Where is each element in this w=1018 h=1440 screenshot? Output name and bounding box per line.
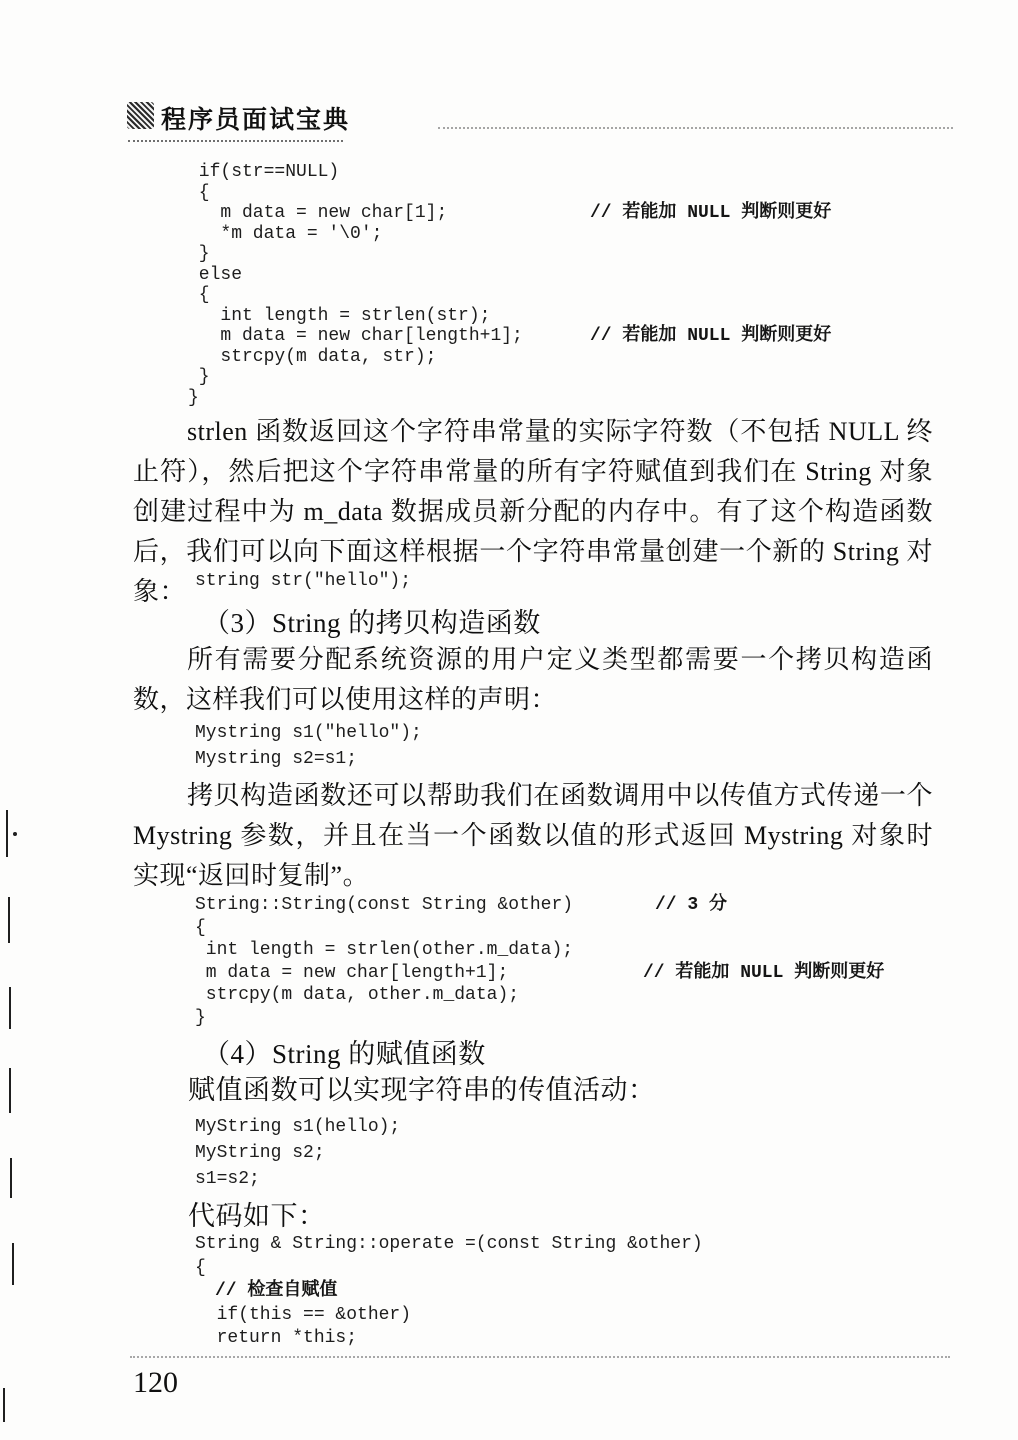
scanned-book-page: 程序员面试宝典 if(str==NULL) { m data = new cha…: [0, 0, 1018, 1440]
code-line: // 检查自赋值: [195, 1280, 703, 1304]
code-line: Mystring s1("hello");: [195, 720, 422, 746]
code-line: }: [188, 388, 523, 409]
code-text: }: [188, 388, 199, 408]
code-text: return *this;: [195, 1328, 357, 1348]
scan-artifact-line: [12, 1243, 14, 1285]
code-text: int length = strlen(str);: [188, 306, 490, 326]
code-line: strcpy(m data, other.m_data);: [195, 984, 573, 1007]
code-comment: // 若能加 NULL 判断则更好: [643, 962, 884, 985]
code-comment: // 检查自赋值: [215, 1280, 337, 1304]
code-text: }: [195, 1008, 206, 1028]
code-text: String & String::operate =(const String …: [195, 1234, 703, 1254]
paragraph-copy-usage: 拷贝构造函数还可以帮助我们在函数调用中以传值方式传递一个 Mystring 参数…: [133, 776, 933, 896]
code-string-declaration: string str("hello");: [195, 568, 411, 594]
code-text: String::String(const String &other): [195, 895, 573, 915]
paragraph-assign-intro: 赋值函数可以实现字符串的传值活动：: [188, 1068, 656, 1107]
header-dotted-rule-long: [438, 127, 953, 129]
code-text: {: [195, 918, 206, 938]
code-text: m data = new char[length+1];: [188, 326, 523, 346]
code-mystring-declarations: Mystring s1("hello"); Mystring s2=s1;: [195, 720, 422, 772]
code-text: m data = new char[1];: [188, 203, 447, 223]
scan-artifact-line: [8, 897, 10, 943]
code-block-assignment-operator: String & String::operate =(const String …: [195, 1233, 703, 1351]
code-line: m data = new char[length+1];// 若能加 NULL …: [188, 326, 523, 347]
code-comment: // 若能加 NULL 判断则更好: [590, 203, 831, 224]
heading-copy-constructor: （3）String 的拷贝构造函数: [203, 601, 541, 640]
code-text: {: [188, 285, 210, 305]
paragraph-code-follows: 代码如下：: [188, 1194, 326, 1233]
scan-artifact-dot: [13, 832, 17, 836]
code-block-constructor: if(str==NULL) { m data = new char[1];// …: [188, 162, 523, 408]
code-line: if(this == &other): [195, 1304, 703, 1328]
code-text: MyString s2;: [195, 1143, 325, 1163]
code-line: MyString s1(hello);: [195, 1114, 400, 1140]
code-line: m data = new char[length+1];// 若能加 NULL …: [195, 962, 573, 985]
book-logo-icon: [127, 102, 154, 129]
code-text: strcpy(m data, other.m_data);: [195, 985, 519, 1005]
scan-artifact-line: [9, 987, 11, 1029]
code-line: else: [188, 265, 523, 286]
code-line: m data = new char[1];// 若能加 NULL 判断则更好: [188, 203, 523, 224]
book-title: 程序员面试宝典: [161, 100, 461, 136]
code-text: string str("hello");: [195, 571, 411, 591]
code-text: Mystring s2=s1;: [195, 749, 357, 769]
code-line: {: [188, 285, 523, 306]
code-comment: // 3 分: [655, 894, 727, 917]
code-text: int length = strlen(other.m_data);: [195, 940, 573, 960]
code-line: {: [195, 917, 573, 940]
code-text: if(str==NULL): [188, 162, 339, 182]
code-line: }: [188, 367, 523, 388]
code-block-copy-constructor: String::String(const String &other)// 3 …: [195, 894, 573, 1029]
code-text: *m data = '\0';: [188, 224, 382, 244]
scan-artifact-line: [3, 1388, 5, 1422]
footer-dotted-rule: [130, 1356, 950, 1358]
code-text: Mystring s1("hello");: [195, 723, 422, 743]
code-text: else: [188, 265, 242, 285]
scan-artifact-line: [6, 810, 8, 857]
scan-artifact-line: [10, 1158, 12, 1198]
code-line: String::String(const String &other)// 3 …: [195, 894, 573, 917]
code-line: s1=s2;: [195, 1166, 400, 1192]
header-dotted-rule-short: [128, 140, 343, 142]
scan-artifact-line: [9, 1068, 11, 1113]
code-text: MyString s1(hello);: [195, 1117, 400, 1137]
code-line: strcpy(m data, str);: [188, 347, 523, 368]
code-text: strcpy(m data, str);: [188, 347, 436, 367]
code-line: string str("hello");: [195, 568, 411, 594]
code-line: {: [195, 1257, 703, 1281]
code-text: {: [195, 1258, 206, 1278]
code-comment: // 若能加 NULL 判断则更好: [590, 326, 831, 347]
code-text: if(this == &other): [195, 1305, 411, 1325]
code-line: return *this;: [195, 1327, 703, 1351]
code-line: if(str==NULL): [188, 162, 523, 183]
code-line: int length = strlen(other.m_data);: [195, 939, 573, 962]
code-line: MyString s2;: [195, 1140, 400, 1166]
code-text: s1=s2;: [195, 1169, 260, 1189]
code-text: m data = new char[length+1];: [195, 963, 508, 983]
code-line: int length = strlen(str);: [188, 306, 523, 327]
code-text: }: [188, 367, 210, 387]
page-number: 120: [133, 1366, 178, 1400]
code-text: }: [188, 244, 210, 264]
code-line: }: [188, 244, 523, 265]
code-line: String & String::operate =(const String …: [195, 1233, 703, 1257]
code-line: Mystring s2=s1;: [195, 746, 422, 772]
code-line: }: [195, 1007, 573, 1030]
code-line: {: [188, 183, 523, 204]
code-text: {: [188, 183, 210, 203]
heading-assignment-function: （4）String 的赋值函数: [203, 1032, 486, 1071]
paragraph-copy-intro: 所有需要分配系统资源的用户定义类型都需要一个拷贝构造函数，这样我们可以使用这样的…: [133, 640, 933, 720]
code-assignment-declarations: MyString s1(hello); MyString s2; s1=s2;: [195, 1114, 400, 1192]
code-line: *m data = '\0';: [188, 224, 523, 245]
